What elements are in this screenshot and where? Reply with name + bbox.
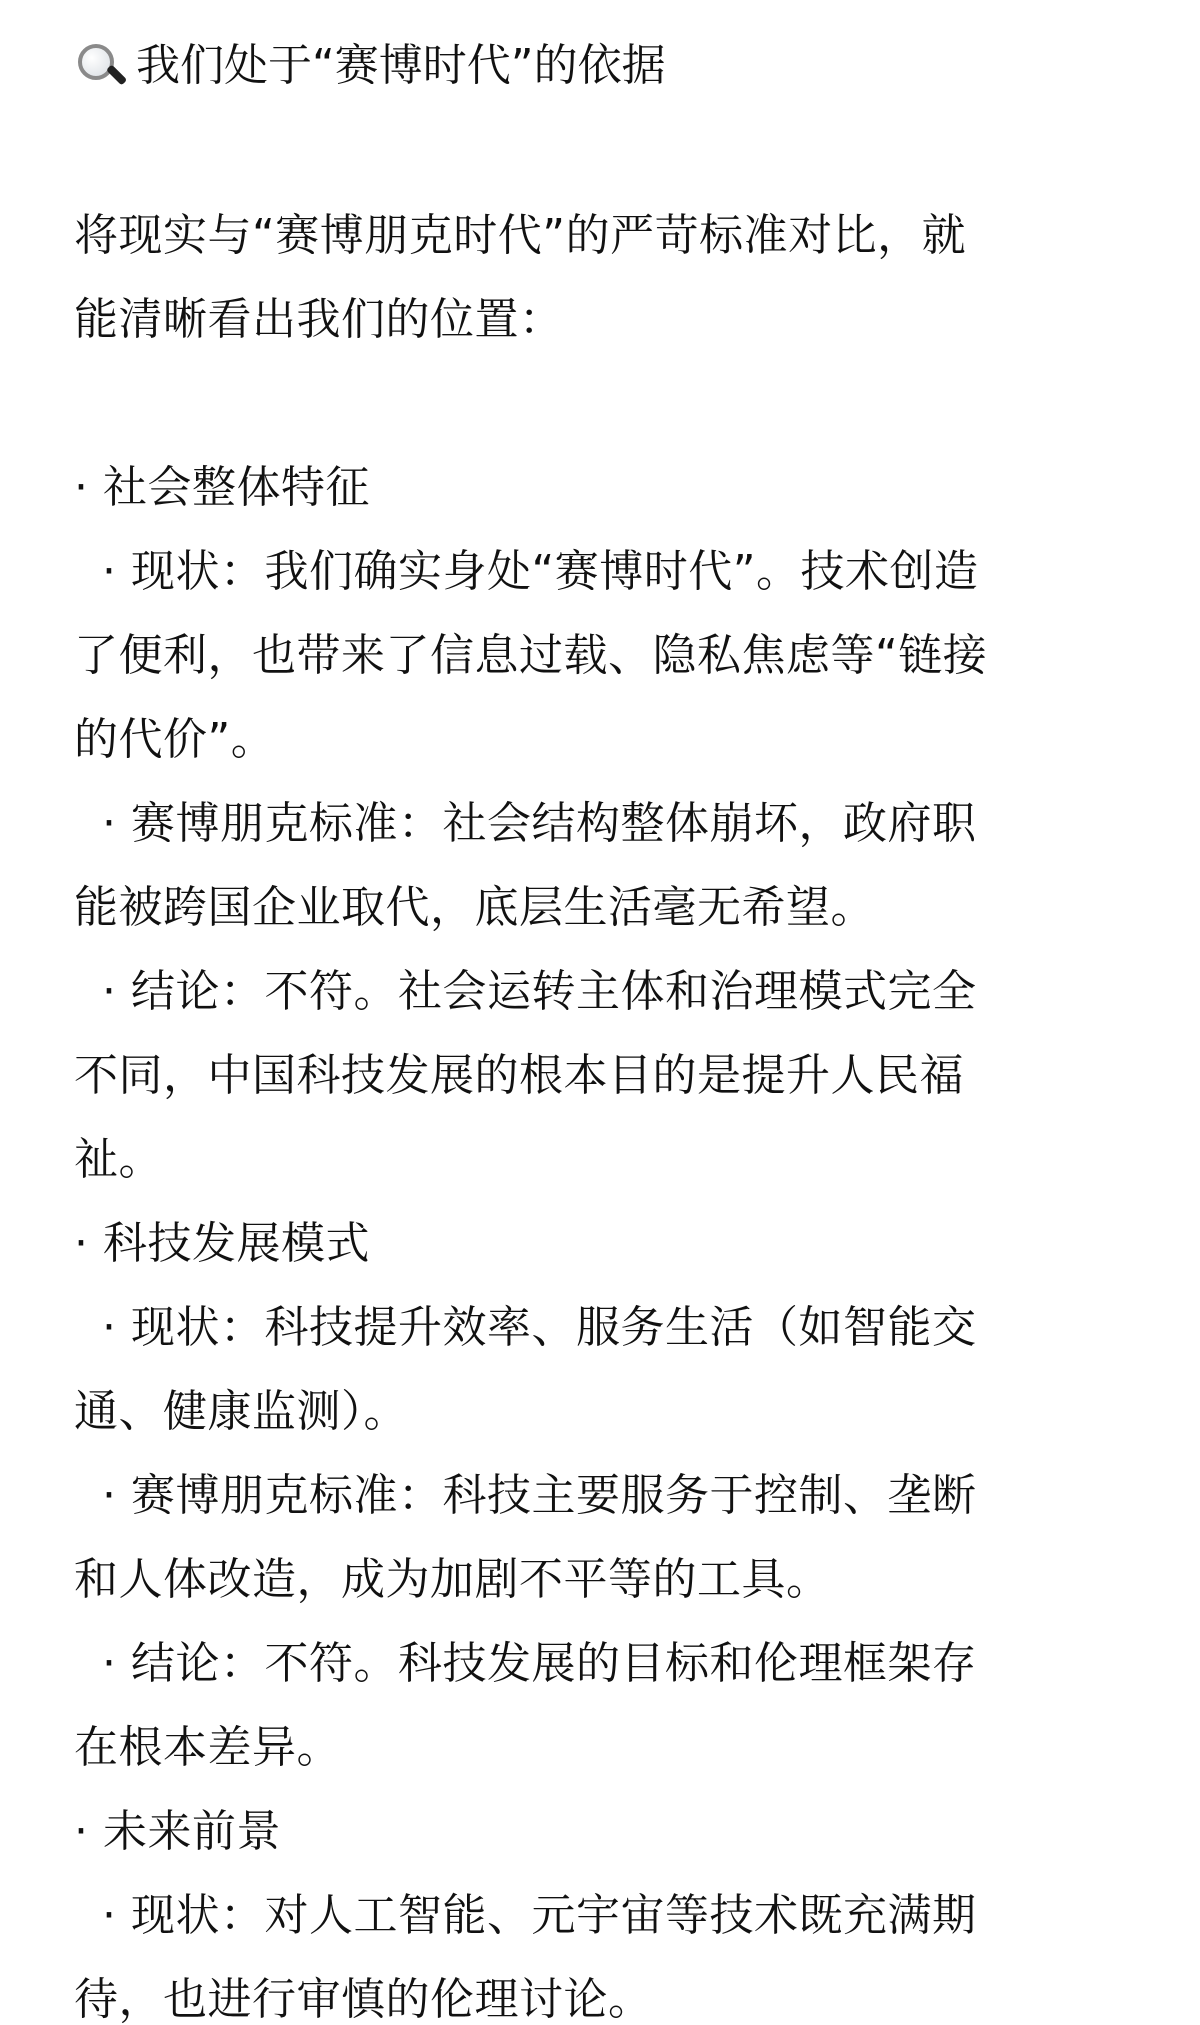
list-item: · 赛博朋克标准：社会结构整体崩坏，政府职 — [102, 794, 976, 854]
list-item: · 科技发展模式 — [74, 1214, 370, 1274]
intro-line-2: 能清晰看出我们的位置： — [74, 290, 564, 350]
list-item: · 结论：不符。社会运转主体和治理模式完全 — [102, 962, 976, 1022]
list-item: · 结论：不符。科技发展的目标和伦理框架存 — [102, 1634, 976, 1694]
list-item: · 现状：我们确实身处“赛博时代”。技术创造 — [102, 542, 979, 602]
list-item: 待，也进行审慎的伦理讨论。 — [74, 1970, 653, 2025]
list-item: 通、健康监测）。 — [74, 1382, 408, 1442]
list-item: · 未来前景 — [74, 1802, 281, 1862]
heading-text: 我们处于“赛博时代”的依据 — [136, 36, 666, 96]
magnifier-icon — [74, 40, 126, 92]
list-item: 不同，中国科技发展的根本目的是提升人民福 — [74, 1046, 964, 1106]
intro-line-1: 将现实与“赛博朋克时代”的严苛标准对比，就 — [74, 206, 966, 266]
list-item: 了便利，也带来了信息过载、隐私焦虑等“链接 — [74, 626, 987, 686]
list-item: 祉。 — [74, 1130, 163, 1190]
list-item: · 现状：科技提升效率、服务生活（如智能交 — [102, 1298, 976, 1358]
list-item: 和人体改造，成为加剧不平等的工具。 — [74, 1550, 831, 1610]
list-item: · 社会整体特征 — [74, 458, 370, 518]
list-item: · 现状：对人工智能、元宇宙等技术既充满期 — [102, 1886, 976, 1946]
list-item: 的代价”。 — [74, 710, 275, 770]
list-item: · 赛博朋克标准：科技主要服务于控制、垄断 — [102, 1466, 976, 1526]
list-item: 能被跨国企业取代，底层生活毫无希望。 — [74, 878, 875, 938]
list-item: 在根本差异。 — [74, 1718, 341, 1778]
section-heading: 我们处于“赛博时代”的依据 — [74, 36, 666, 96]
